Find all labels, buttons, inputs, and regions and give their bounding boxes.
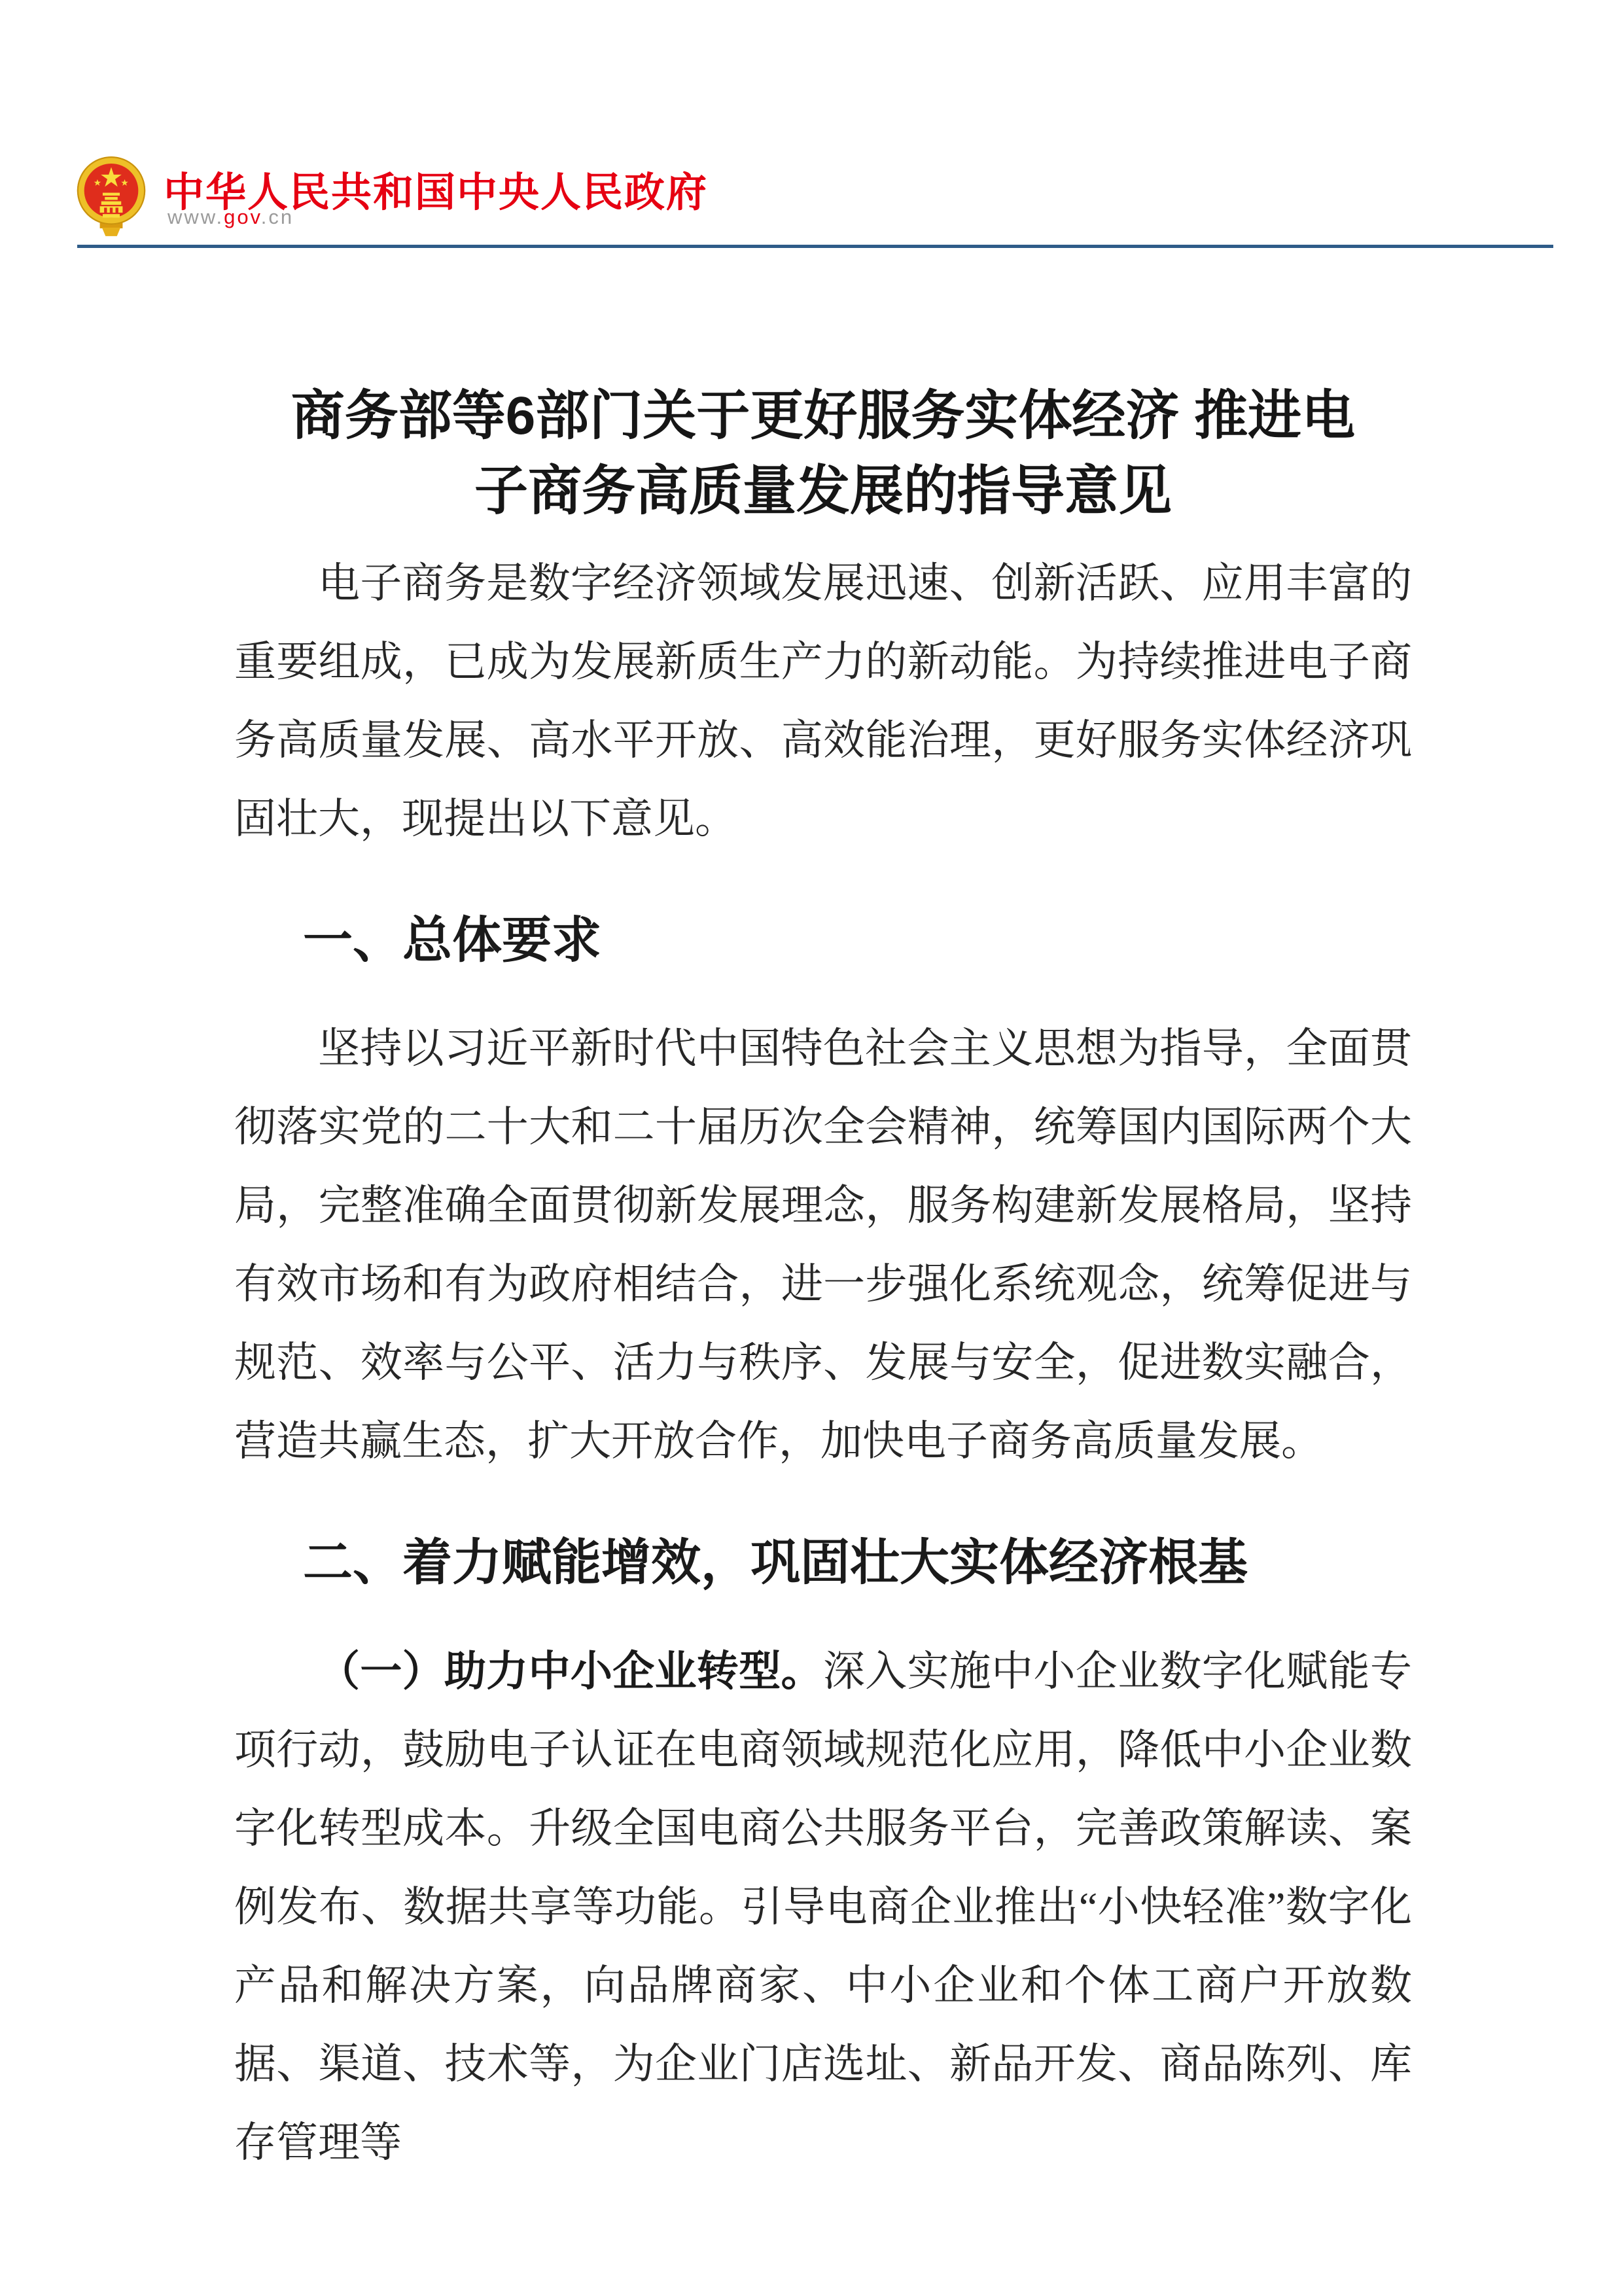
section-heading-1: 一、总体要求	[234, 902, 1412, 980]
document-title-line-1: 商务部等6部门关于更好服务实体经济 推进电	[234, 378, 1412, 453]
site-url[interactable]: www.gov.cn	[167, 205, 294, 229]
document-page: 中华人民共和国中央人民政府 www.gov.cn 商务部等6部门关于更好服务实体…	[0, 0, 1622, 2296]
item-1-body: 深入实施中小企业数字化赋能专项行动，鼓励电子认证在电商领域规范化应用，降低中小企…	[234, 1648, 1412, 2166]
header-divider	[77, 245, 1553, 248]
national-emblem-icon	[75, 156, 147, 237]
document-title: 商务部等6部门关于更好服务实体经济 推进电 子商务高质量发展的指导意见	[234, 378, 1412, 529]
section-1-paragraph: 坚持以习近平新时代中国特色社会主义思想为指导，全面贯彻落实党的二十大和二十届历次…	[234, 1010, 1412, 1481]
item-1-lead: （一）助力中小企业转型。	[318, 1648, 823, 1695]
section-heading-2: 二、着力赋能增效，巩固壮大实体经济根基	[234, 1524, 1412, 1602]
document-title-line-2: 子商务高质量发展的指导意见	[234, 453, 1412, 529]
intro-paragraph: 电子商务是数字经济领域发展迅速、创新活跃、应用丰富的重要组成，已成为发展新质生产…	[234, 544, 1412, 858]
document-content: 商务部等6部门关于更好服务实体经济 推进电 子商务高质量发展的指导意见 电子商务…	[234, 378, 1412, 2182]
section-2-item-1-paragraph: （一）助力中小企业转型。深入实施中小企业数字化赋能专项行动，鼓励电子认证在电商领…	[234, 1632, 1412, 2182]
